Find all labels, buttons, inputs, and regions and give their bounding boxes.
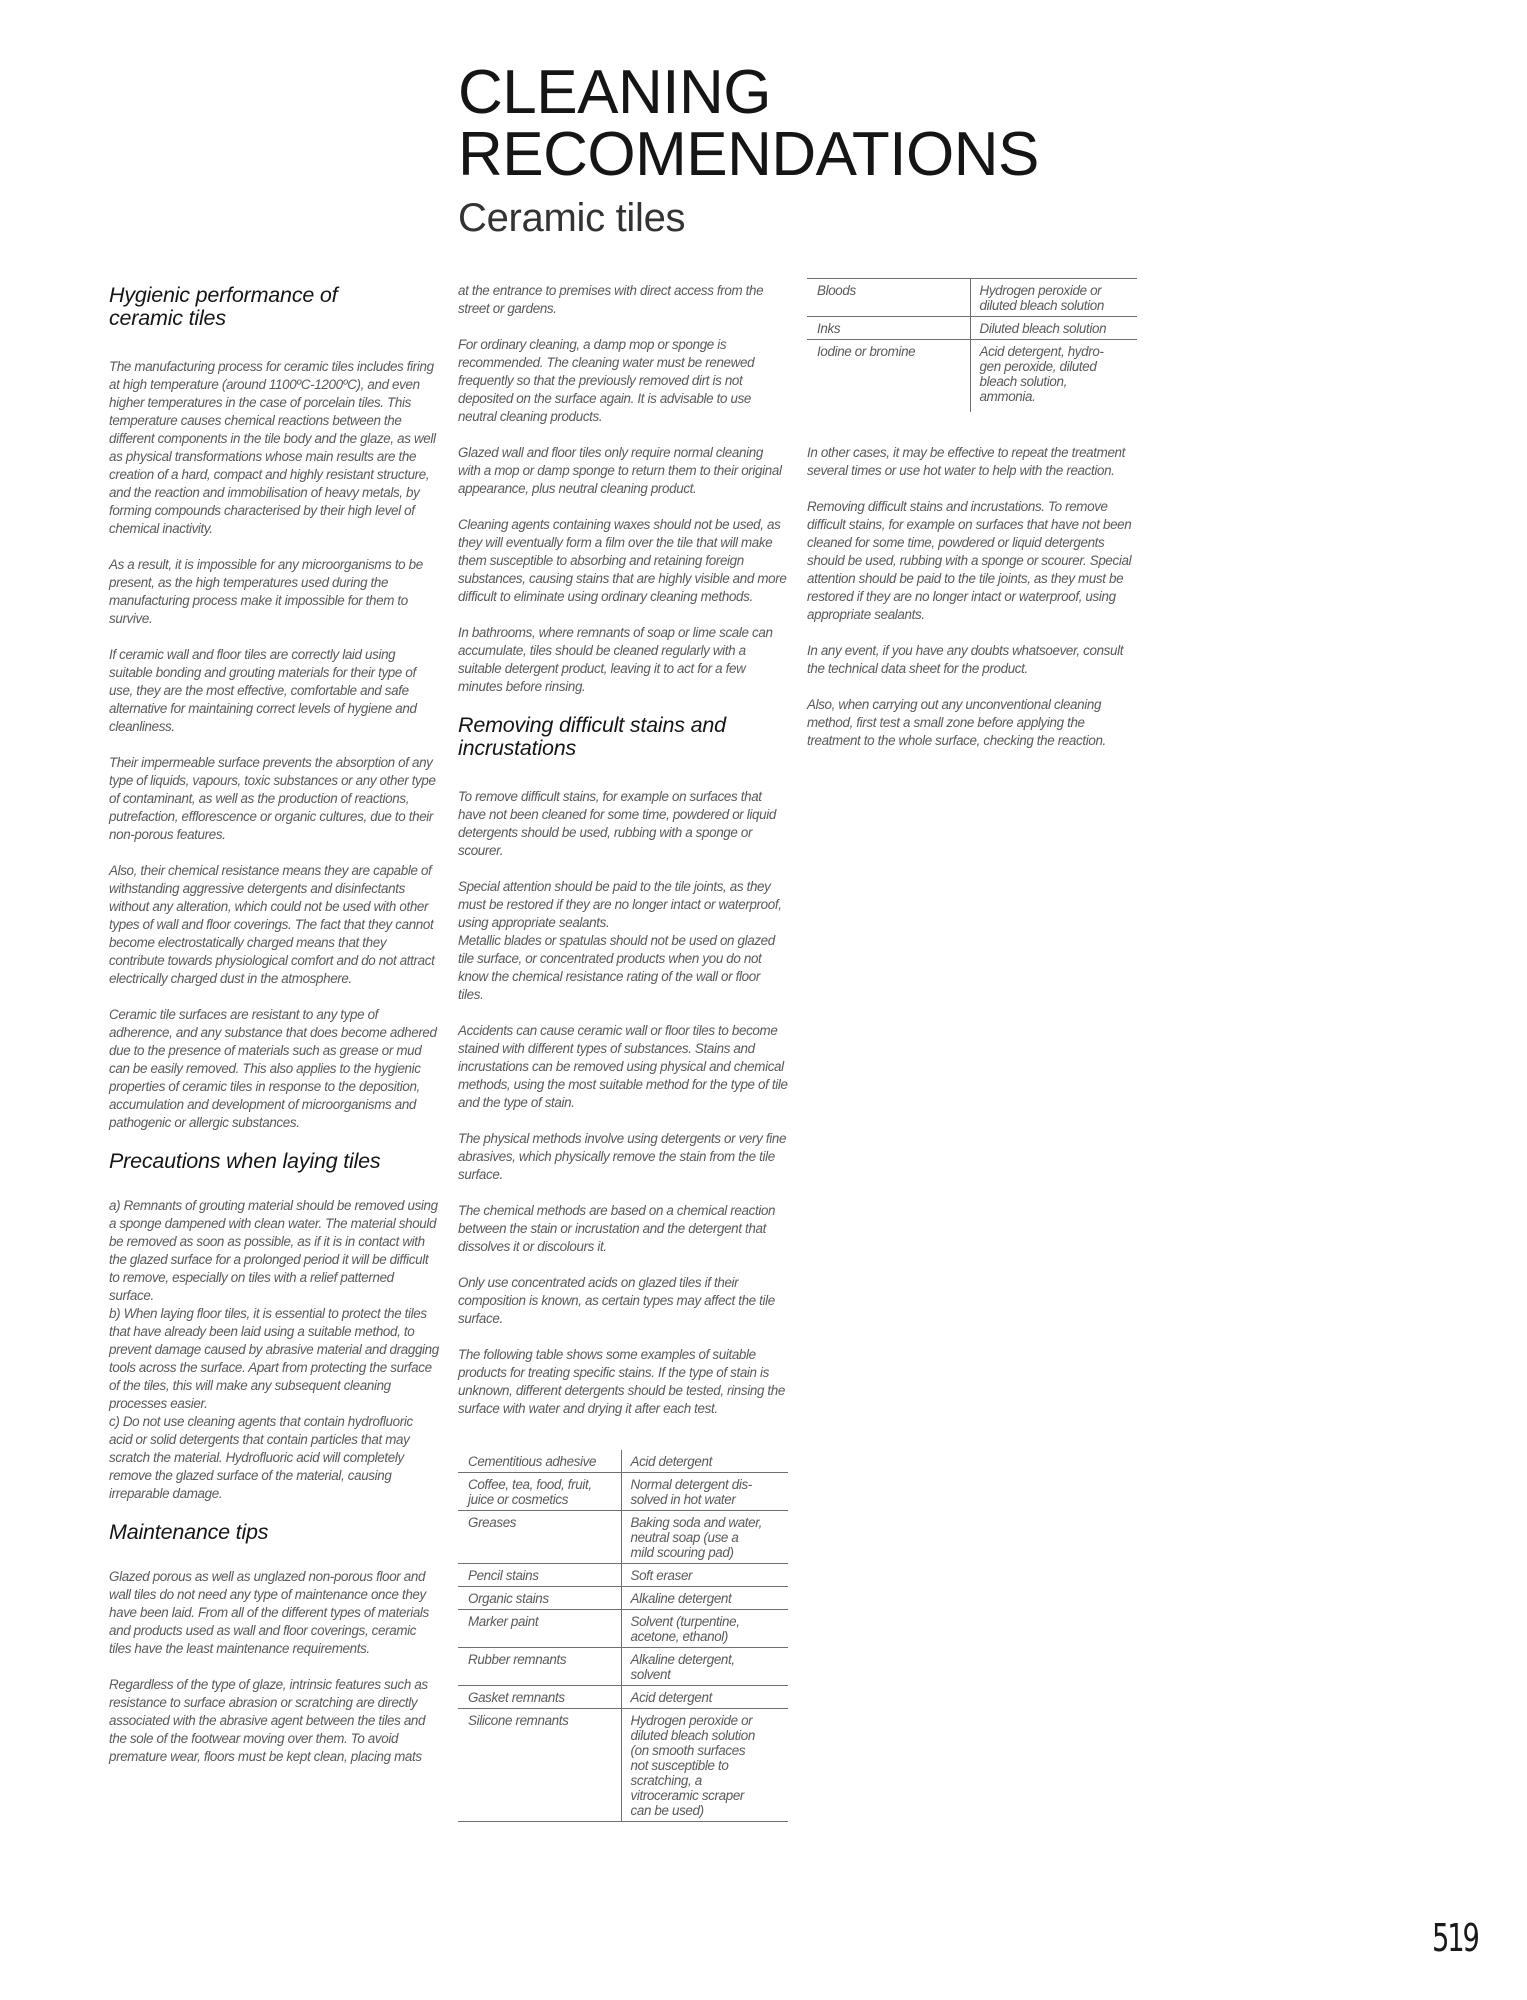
paragraph: Glazed porous as well as unglazed non-po… (109, 1568, 439, 1658)
table-row: Silicone remnants Hydrogen peroxide or d… (458, 1709, 788, 1822)
column-3-text: In other cases, it may be effective to r… (807, 444, 1137, 750)
column-1: Hygienic performance of ceramic tiles Th… (109, 284, 439, 1784)
table-row: Inks Diluted bleach solution (807, 317, 1137, 340)
table-row: Organic stains Alkaline detergent (458, 1587, 788, 1610)
table-row: Cementitious adhesive Acid detergent (458, 1450, 788, 1473)
paragraph: a) Remnants of grouting material should … (109, 1197, 439, 1503)
product-cell: Hydrogen peroxide or diluted bleach solu… (970, 279, 1137, 317)
stain-treatment-table-continued: Bloods Hydrogen peroxide or diluted blea… (807, 278, 1137, 412)
title-line-2: RECOMENDATIONS (458, 124, 1039, 186)
stain-cell: Iodine or bromine (807, 340, 970, 413)
product-cell: Alkaline detergent (621, 1587, 788, 1610)
stain-cell: Pencil stains (458, 1564, 621, 1587)
paragraph: Also, their chemical resistance means th… (109, 862, 439, 988)
stain-cell: Organic stains (458, 1587, 621, 1610)
paragraph: The following table shows some examples … (458, 1346, 788, 1418)
stain-cell: Coffee, tea, food, fruit, juice or cosme… (458, 1473, 621, 1511)
table-row: Bloods Hydrogen peroxide or diluted blea… (807, 279, 1137, 317)
page-number: 519 (1432, 1918, 1478, 1958)
paragraph: In other cases, it may be effective to r… (807, 444, 1137, 480)
page-header: CLEANING RECOMENDATIONS Ceramic tiles (458, 62, 1039, 240)
product-cell: Baking soda and water, neutral soap (use… (621, 1511, 788, 1564)
table-row: Greases Baking soda and water, neutral s… (458, 1511, 788, 1564)
paragraph: Ceramic tile surfaces are resistant to a… (109, 1006, 439, 1132)
paragraph: The physical methods involve using deter… (458, 1130, 788, 1184)
product-cell: Normal detergent dis- solved in hot wate… (621, 1473, 788, 1511)
section-continued-text: at the entrance to premises with direct … (458, 282, 788, 696)
paragraph: Only use concentrated acids on glazed ti… (458, 1274, 788, 1328)
product-cell: Acid detergent (621, 1450, 788, 1473)
paragraph: Removing difficult stains and incrustati… (807, 498, 1137, 624)
title-line-1: CLEANING (458, 62, 1039, 124)
paragraph: Their impermeable surface prevents the a… (109, 754, 439, 844)
stain-cell: Cementitious adhesive (458, 1450, 621, 1473)
section-heading: Precautions when laying tiles (109, 1150, 439, 1173)
page-subtitle: Ceramic tiles (458, 196, 1039, 240)
column-2: at the entrance to premises with direct … (458, 282, 788, 1822)
paragraph: Cleaning agents containing waxes should … (458, 516, 788, 606)
stain-cell: Marker paint (458, 1610, 621, 1648)
paragraph: at the entrance to premises with direct … (458, 282, 788, 318)
stain-cell: Inks (807, 317, 970, 340)
product-cell: Diluted bleach solution (970, 317, 1137, 340)
paragraph: The manufacturing process for ceramic ti… (109, 358, 439, 538)
product-cell: Alkaline detergent, solvent (621, 1648, 788, 1686)
paragraph: If ceramic wall and floor tiles are corr… (109, 646, 439, 736)
paragraph: As a result, it is impossible for any mi… (109, 556, 439, 628)
section-removing-difficult-stains: Removing difficult stains and incrustati… (458, 714, 788, 1418)
stain-cell: Bloods (807, 279, 970, 317)
paragraph: Special attention should be paid to the … (458, 878, 788, 1004)
product-cell: Acid detergent, hydro- gen peroxide, dil… (970, 340, 1137, 413)
paragraph: For ordinary cleaning, a damp mop or spo… (458, 336, 788, 426)
product-cell: Hydrogen peroxide or diluted bleach solu… (621, 1709, 788, 1822)
stain-cell: Greases (458, 1511, 621, 1564)
table-row: Iodine or bromine Acid detergent, hydro-… (807, 340, 1137, 413)
section-hygienic-performance: Hygienic performance of ceramic tiles Th… (109, 284, 439, 1132)
table-row: Marker paint Solvent (turpentine, aceton… (458, 1610, 788, 1648)
section-heading: Maintenance tips (109, 1521, 439, 1544)
paragraph: Glazed wall and floor tiles only require… (458, 444, 788, 498)
product-cell: Acid detergent (621, 1686, 788, 1709)
table-row: Rubber remnants Alkaline detergent, solv… (458, 1648, 788, 1686)
section-maintenance-tips: Maintenance tips Glazed porous as well a… (109, 1521, 439, 1766)
stain-treatment-table: Cementitious adhesive Acid detergent Cof… (458, 1450, 788, 1822)
paragraph: To remove difficult stains, for example … (458, 788, 788, 860)
table-row: Pencil stains Soft eraser (458, 1564, 788, 1587)
table-row: Gasket remnants Acid detergent (458, 1686, 788, 1709)
paragraph: In any event, if you have any doubts wha… (807, 642, 1137, 678)
page-title: CLEANING RECOMENDATIONS (458, 62, 1039, 186)
section-precautions: Precautions when laying tiles a) Remnant… (109, 1150, 439, 1503)
paragraph: The chemical methods are based on a chem… (458, 1202, 788, 1256)
section-heading: Removing difficult stains and incrustati… (458, 714, 788, 760)
paragraph: Accidents can cause ceramic wall or floo… (458, 1022, 788, 1112)
table-row: Coffee, tea, food, fruit, juice or cosme… (458, 1473, 788, 1511)
product-cell: Solvent (turpentine, acetone, ethanol) (621, 1610, 788, 1648)
product-cell: Soft eraser (621, 1564, 788, 1587)
section-heading: Hygienic performance of ceramic tiles (109, 284, 439, 330)
stain-cell: Silicone remnants (458, 1709, 621, 1822)
paragraph: In bathrooms, where remnants of soap or … (458, 624, 788, 696)
stain-cell: Gasket remnants (458, 1686, 621, 1709)
paragraph: Regardless of the type of glaze, intrins… (109, 1676, 439, 1766)
paragraph: Also, when carrying out any unconvention… (807, 696, 1137, 750)
stain-cell: Rubber remnants (458, 1648, 621, 1686)
column-3: Bloods Hydrogen peroxide or diluted blea… (807, 278, 1137, 768)
